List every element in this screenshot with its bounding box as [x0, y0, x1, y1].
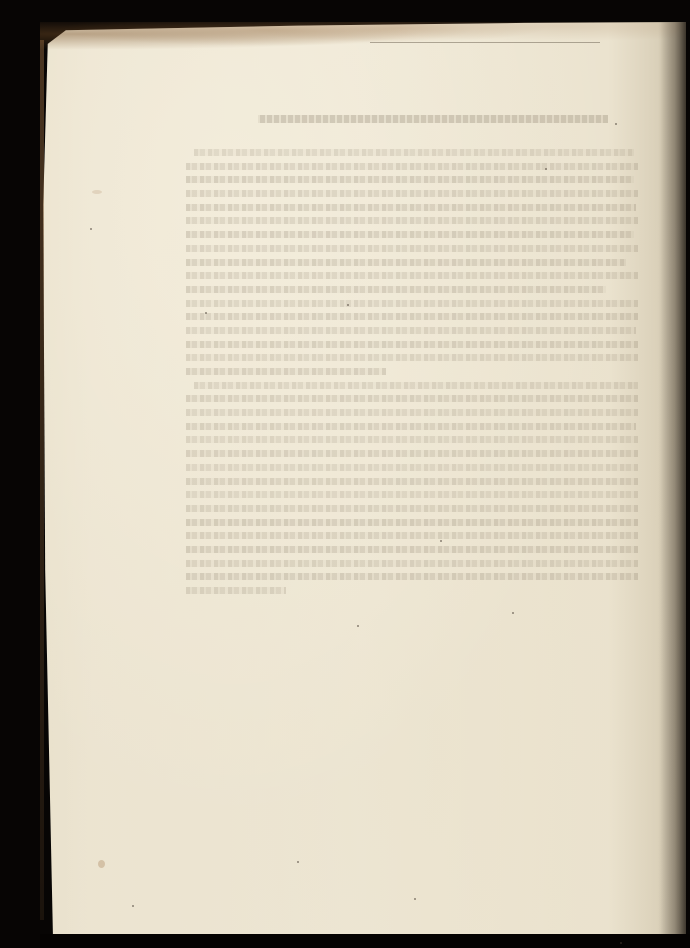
bleed-through-line — [186, 583, 646, 597]
line-ink — [186, 272, 638, 279]
line-ink — [194, 382, 638, 389]
top-edge-crease — [370, 42, 600, 43]
bleed-through-line — [186, 542, 646, 556]
line-ink — [186, 491, 638, 498]
right-gutter-shadow — [658, 22, 686, 935]
bleed-through-line — [186, 337, 646, 351]
bleed-through-line — [186, 323, 646, 337]
bleed-through-line — [186, 487, 646, 501]
line-ink — [186, 327, 636, 334]
bleed-through-line — [186, 241, 646, 255]
line-ink — [186, 204, 636, 211]
line-ink — [186, 519, 638, 526]
bleed-through-line — [186, 186, 646, 200]
line-ink — [186, 587, 286, 594]
bleed-through-line — [186, 528, 646, 542]
line-ink — [186, 313, 638, 320]
bleed-through-line — [186, 419, 646, 433]
line-ink — [186, 163, 638, 170]
line-ink — [186, 560, 638, 567]
bleed-through-line — [186, 405, 646, 419]
line-ink — [186, 532, 638, 539]
stain-spot — [92, 190, 102, 194]
line-ink — [186, 505, 638, 512]
line-ink — [186, 464, 638, 471]
line-ink — [194, 149, 634, 156]
bleed-through-line — [186, 378, 646, 392]
line-ink — [186, 423, 636, 430]
line-ink — [186, 341, 638, 348]
line-ink — [186, 546, 638, 553]
bleed-through-line — [186, 446, 646, 460]
bleed-through-line — [186, 200, 646, 214]
line-ink — [186, 478, 638, 485]
line-ink — [186, 395, 638, 402]
bleed-through-line — [186, 460, 646, 474]
bleed-through-text-block — [186, 145, 646, 597]
line-ink — [186, 231, 634, 238]
line-ink — [186, 259, 626, 266]
line-ink — [186, 354, 638, 361]
line-ink — [186, 176, 634, 183]
bottom-background-strip — [40, 934, 690, 948]
bleed-through-line — [186, 145, 646, 159]
bleed-through-line — [186, 501, 646, 515]
bleed-through-heading — [258, 113, 608, 125]
line-ink — [186, 190, 638, 197]
bleed-through-line — [186, 309, 646, 323]
bleed-through-line — [186, 227, 646, 241]
line-ink — [186, 450, 638, 457]
bleed-through-line — [186, 556, 646, 570]
bleed-through-line — [186, 364, 646, 378]
bleed-through-line — [186, 255, 646, 269]
bleed-through-line — [186, 172, 646, 186]
bleed-through-line — [186, 296, 646, 310]
bleed-through-line — [186, 391, 646, 405]
bleed-through-line — [186, 159, 646, 173]
heading-ink — [258, 115, 608, 123]
line-ink — [186, 368, 386, 375]
line-ink — [186, 409, 638, 416]
stain-spot — [98, 860, 105, 868]
bleed-through-line — [186, 474, 646, 488]
line-ink — [186, 300, 638, 307]
line-ink — [186, 573, 638, 580]
line-ink — [186, 217, 638, 224]
left-page-edge — [40, 40, 44, 920]
bleed-through-line — [186, 350, 646, 364]
line-ink — [186, 286, 606, 293]
line-ink — [186, 245, 638, 252]
bleed-through-line — [186, 432, 646, 446]
bleed-through-line — [186, 515, 646, 529]
bleed-through-line — [186, 569, 646, 583]
line-ink — [186, 436, 638, 443]
bleed-through-line — [186, 213, 646, 227]
bleed-through-line — [186, 268, 646, 282]
bleed-through-line — [186, 282, 646, 296]
